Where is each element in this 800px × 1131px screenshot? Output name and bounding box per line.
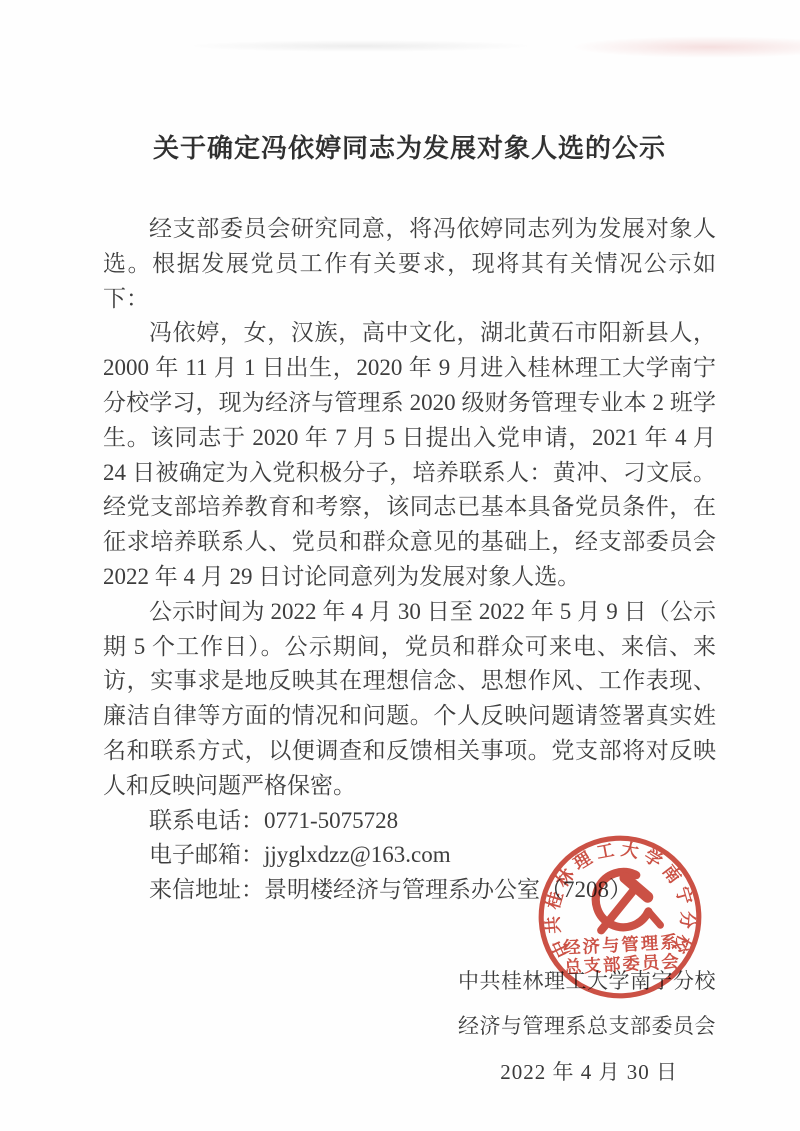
signature-org-line1: 中共桂林理工大学南宁分校 bbox=[103, 959, 716, 1004]
contact-block: 联系电话：0771-5075728 电子邮箱：jjyglxdzz@163.com… bbox=[103, 804, 716, 908]
contact-address-line: 来信地址：景明楼经济与管理系办公室（7208） bbox=[103, 873, 716, 908]
scan-artifact bbox=[570, 36, 800, 58]
paragraph-candidate-info: 冯依婷，女，汉族，高中文化，湖北黄石市阳新县人，2000 年 11 月 1 日出… bbox=[103, 316, 716, 594]
scan-artifact bbox=[185, 40, 535, 52]
signature-date: 2022 年 4 月 30 日 bbox=[103, 1049, 716, 1095]
signature-block: 中共桂林理工大学南宁分校 经济与管理系总支部委员会 2022 年 4 月 30 … bbox=[103, 959, 716, 1095]
signature-org-line2: 经济与管理系总支部委员会 bbox=[103, 1004, 716, 1049]
contact-phone-line: 联系电话：0771-5075728 bbox=[103, 804, 716, 839]
contact-email-line: 电子邮箱：jjyglxdzz@163.com bbox=[103, 838, 716, 873]
page-title: 关于确定冯依婷同志为发展对象人选的公示 bbox=[103, 132, 716, 166]
paragraph-publicity-period: 公示时间为 2022 年 4 月 30 日至 2022 年 5 月 9 日（公示… bbox=[103, 595, 716, 804]
document-body: 关于确定冯依婷同志为发展对象人选的公示 经支部委员会研究同意，将冯依婷同志列为发… bbox=[103, 132, 716, 1095]
paragraph-intro: 经支部委员会研究同意，将冯依婷同志列为发展对象人选。根据发展党员工作有关要求，现… bbox=[103, 212, 716, 316]
document-page: 关于确定冯依婷同志为发展对象人选的公示 经支部委员会研究同意，将冯依婷同志列为发… bbox=[0, 0, 800, 1131]
